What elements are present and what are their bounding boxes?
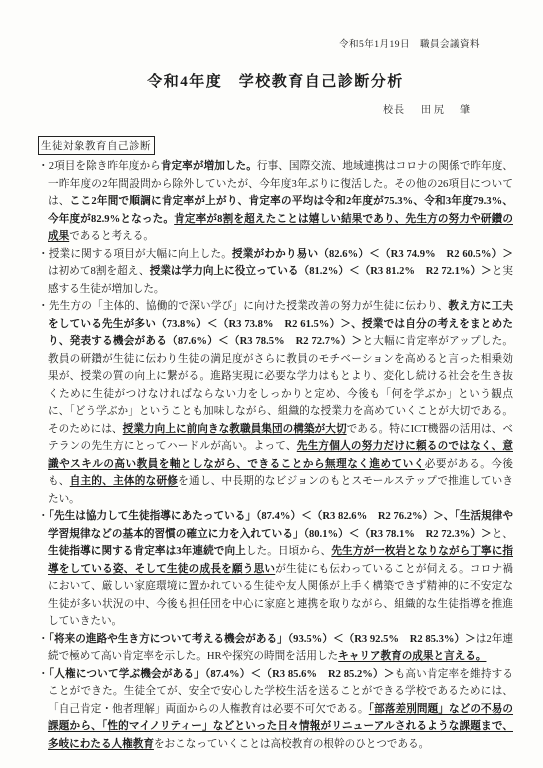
text-run: した。日頃から、 — [246, 546, 332, 557]
bullet-item: ・先生方の「主体的、協働的で深い学び」に向けた授業改善の努力が生徒に伝わり、教え… — [38, 298, 513, 508]
bullet-marker: ・ — [38, 511, 49, 522]
text-run: 授業は学力向上に役立っている（81.2%）＜（R3 81.2% R2 72.1%… — [150, 266, 492, 277]
text-run: 授業に関する項目が大幅に向上した。 — [49, 249, 232, 260]
bullet-item: ・「人権について学ぶ機会がある」（87.4%）＜（R3 85.6% R2 85.… — [38, 666, 513, 754]
text-run: と大幅に肯定率がアップした。教員の研鑽が生徒に伝わり生徒の満足度がさらに教員のモ… — [48, 336, 513, 435]
text-run: 先生方の「主体的、協働的で深い学び」に向けた授業改善の努力が生徒に伝わり、 — [49, 301, 449, 312]
text-run: 「将来の進路や生き方について考える機会がある」（93.5%）＜（R3 92.5%… — [49, 634, 476, 645]
bullet-marker: ・ — [38, 669, 49, 680]
text-run: 生徒指導に関する肯定率は3年連続で向上 — [48, 546, 246, 557]
author-role-label: 校長 — [383, 105, 405, 116]
page-title: 令和4年度 学校教育自己診断分析 — [38, 70, 513, 91]
bullet-item: ・授業に関する項目が大幅に向上した。授業がわかり易い（82.6%）＜（R3 74… — [38, 246, 513, 299]
bullet-item: ・2項目を除き昨年度から肯定率が増加した。行事、国際交流、地域連携はコロナの関係… — [38, 158, 513, 246]
section-heading-boxed: 生徒対象教育自己診断 — [38, 136, 155, 155]
bullet-marker: ・ — [38, 161, 49, 172]
bullet-list: ・2項目を除き昨年度から肯定率が増加した。行事、国際交流、地域連携はコロナの関係… — [38, 158, 513, 753]
text-run: 「先生は協力して生徒指導にあたっている」（87.4%）＜（R3 82.6% R2… — [48, 511, 513, 540]
text-run: 肯定率が増加した。 — [161, 161, 257, 172]
text-run: 2項目を除き昨年度から — [49, 161, 161, 172]
author-line: 校長田尻 肇 — [38, 101, 513, 116]
bullet-marker: ・ — [38, 634, 49, 645]
document-page: 令和5年1月19日 職員会議資料 令和4年度 学校教育自己診断分析 校長田尻 肇… — [0, 0, 543, 768]
text-run: キャリア教育の成果と言える。 — [338, 651, 486, 662]
text-run: は初めて8割を超え、 — [48, 266, 150, 277]
meeting-date-note: 令和5年1月19日 職員会議資料 — [38, 36, 513, 50]
author-name: 田尻 肇 — [421, 105, 473, 116]
text-run: をおこなっていくことは高校教育の根幹のひとつである。 — [154, 739, 429, 750]
text-run: 授業がわかり易い（82.6%）＜（R3 74.9% R2 60.5%）＞ — [232, 249, 513, 260]
text-run: 自主的、主体的な研修 — [70, 476, 178, 487]
bullet-item: ・「将来の進路や生き方について考える機会がある」（93.5%）＜（R3 92.5… — [38, 631, 513, 666]
text-run: であると考える。 — [69, 231, 154, 242]
bullet-marker: ・ — [38, 301, 49, 312]
text-run: 授業力向上に前向きな教職員集団の構築が大切 — [123, 424, 347, 435]
text-run: 「人権について学ぶ機会がある」（87.4%）＜（R3 85.6% R2 85.2… — [49, 669, 395, 680]
bullet-item: ・「先生は協力して生徒指導にあたっている」（87.4%）＜（R3 82.6% R… — [38, 508, 513, 631]
text-run: と、 — [492, 529, 513, 540]
bullet-marker: ・ — [38, 249, 49, 260]
